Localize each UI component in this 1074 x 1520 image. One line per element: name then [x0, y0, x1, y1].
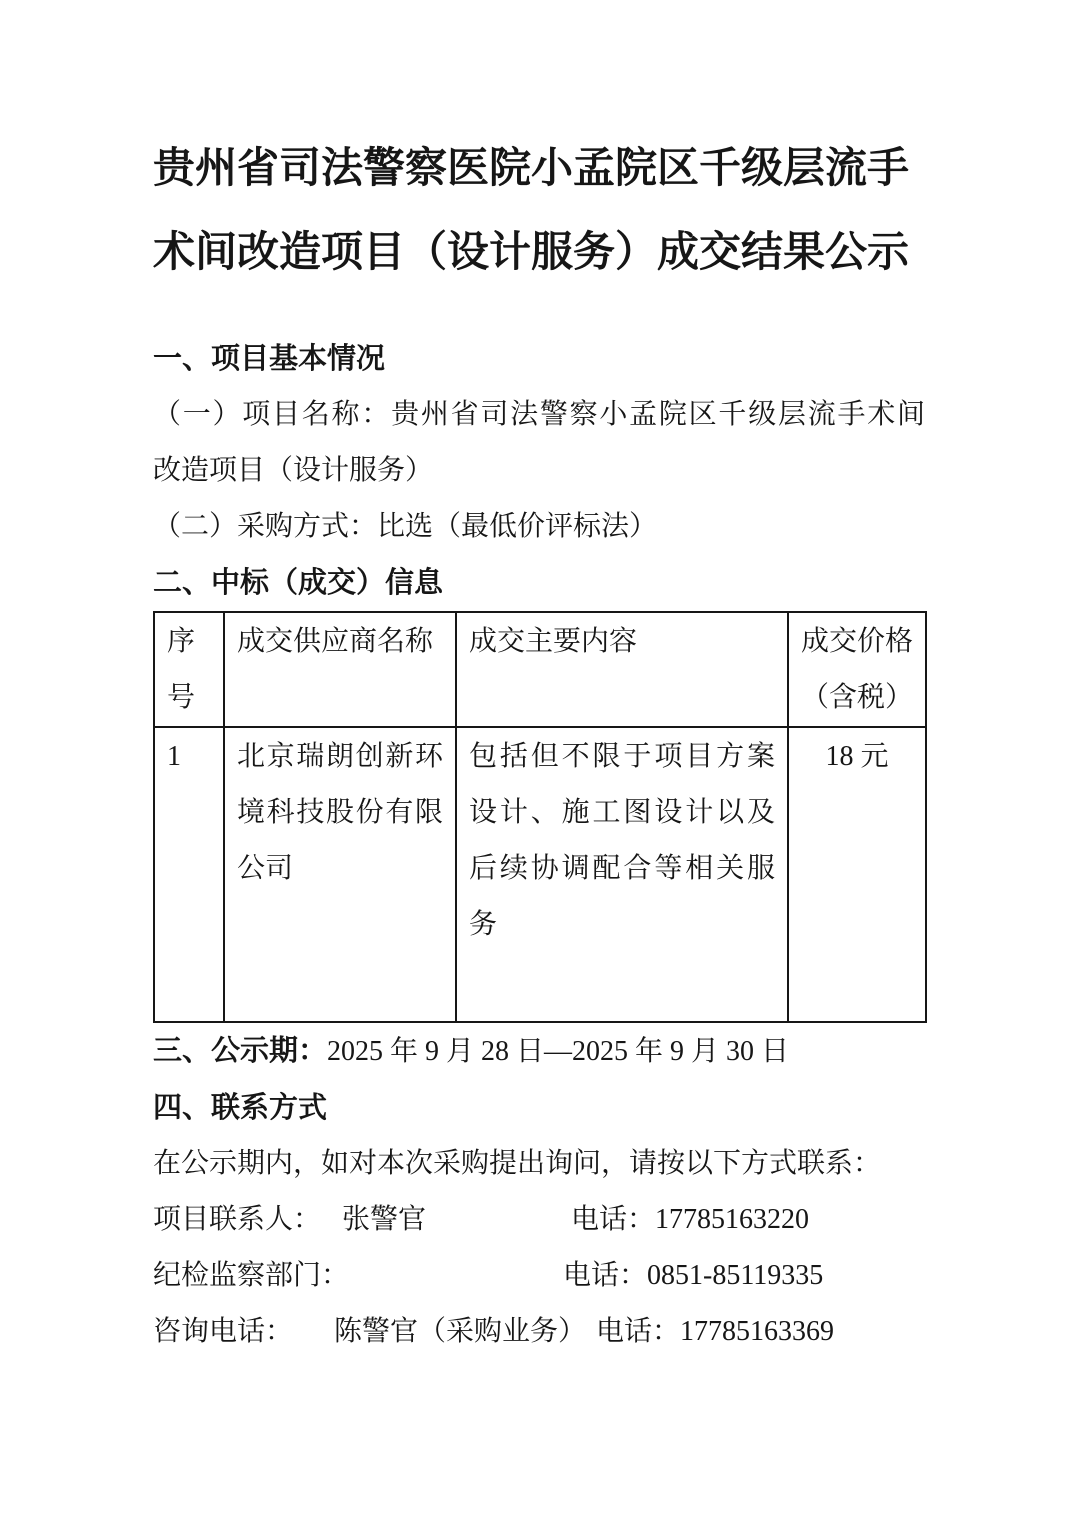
contact-line-consult: 咨询电话： 陈警官（采购业务） 电话：17785163369 — [153, 1304, 925, 1360]
project-name-line-1: （一）项目名称：贵州省司法警察小孟院区千级层流手术间 — [153, 387, 925, 443]
header-cell-price: 成交价格（含税） — [788, 612, 926, 727]
cell-supplier: 北京瑞朗创新环境科技股份有限公司 — [224, 727, 456, 1022]
publicity-period-value: 2025 年 9 月 28 日—2025 年 9 月 30 日 — [327, 1036, 789, 1067]
section-4-heading: 四、联系方式 — [153, 1080, 925, 1136]
contact-label: 咨询电话： — [153, 1304, 293, 1360]
contact-intro-line: 在公示期内，如对本次采购提出询问，请按以下方式联系： — [153, 1136, 925, 1192]
table-header-row: 序号 成交供应商名称 成交主要内容 成交价格（含税） — [154, 612, 926, 727]
document-title-line-2: 术间改造项目（设计服务）成交结果公示 — [153, 211, 925, 295]
document-content: 贵州省司法警察医院小孟院区千级层流手 术间改造项目（设计服务）成交结果公示 一、… — [153, 0, 925, 1360]
cell-price: 18 元 — [788, 727, 926, 1022]
cell-content: 包括但不限于项目方案设计、施工图设计以及后续协调配合等相关服务 — [456, 727, 788, 1022]
section-2-heading: 二、中标（成交）信息 — [153, 555, 925, 611]
cell-seq: 1 — [154, 727, 224, 1022]
contact-line-discipline: 纪检监察部门： 电话：0851-85119335 — [153, 1248, 925, 1304]
contact-label: 纪检监察部门： — [153, 1248, 349, 1304]
publicity-period-line: 三、公示期：2025 年 9 月 28 日—2025 年 9 月 30 日 — [153, 1023, 925, 1080]
contact-name: 陈警官（采购业务） — [334, 1304, 586, 1360]
contact-phone: 电话：17785163220 — [571, 1192, 809, 1248]
document-page: 贵州省司法警察医院小孟院区千级层流手 术间改造项目（设计服务）成交结果公示 一、… — [0, 0, 1074, 1520]
contact-name: 张警官 — [342, 1192, 426, 1248]
contact-label: 项目联系人： — [153, 1192, 321, 1248]
header-cell-seq: 序号 — [154, 612, 224, 727]
header-cell-content: 成交主要内容 — [456, 612, 788, 727]
project-name-line-2: 改造项目（设计服务） — [153, 443, 925, 499]
table-row: 1 北京瑞朗创新环境科技股份有限公司 包括但不限于项目方案设计、施工图设计以及后… — [154, 727, 926, 1022]
section-1-heading: 一、项目基本情况 — [153, 331, 925, 387]
contact-phone: 电话：17785163369 — [596, 1304, 834, 1360]
section-3-heading: 三、公示期： — [153, 1035, 327, 1067]
contact-line-project: 项目联系人： 张警官 电话：17785163220 — [153, 1192, 925, 1248]
procurement-method-line: （二）采购方式：比选（最低价评标法） — [153, 499, 925, 555]
header-cell-supplier: 成交供应商名称 — [224, 612, 456, 727]
contact-phone: 电话：0851-85119335 — [563, 1248, 823, 1304]
award-result-table: 序号 成交供应商名称 成交主要内容 成交价格（含税） 1 北京瑞朗创新环境科技股… — [153, 611, 927, 1023]
document-title: 贵州省司法警察医院小孟院区千级层流手 术间改造项目（设计服务）成交结果公示 — [153, 127, 925, 295]
document-title-line-1: 贵州省司法警察医院小孟院区千级层流手 — [153, 127, 925, 211]
